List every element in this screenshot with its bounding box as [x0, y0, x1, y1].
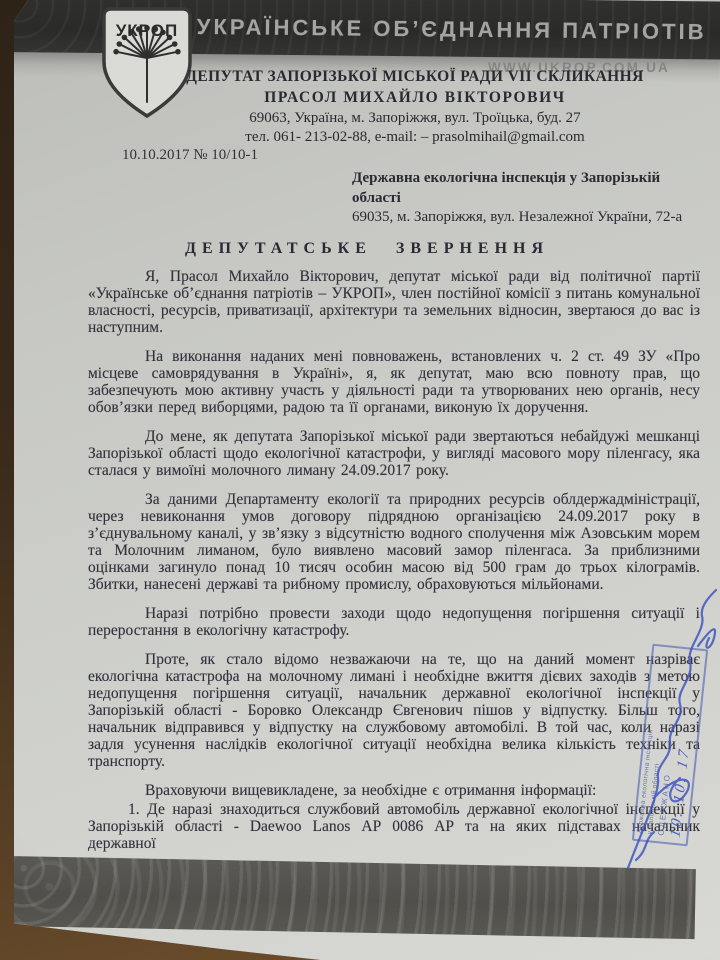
body-paragraph: Наразі потрібно провести заходи щодо нед… — [88, 605, 700, 639]
body-paragraph: Враховуючи вищевикладене, за необхідне є… — [88, 782, 700, 799]
body-paragraph: За даними Департаменту екології та приро… — [88, 491, 700, 593]
body-paragraph: Проте, як стало відомо незважаючи на те,… — [88, 651, 700, 770]
recipient-line: Державна екологічна інспекція у Запорізь… — [352, 169, 704, 189]
letterhead-block: ДЕПУТАТ ЗАПОРІЗЬКОЇ МІСЬКОЇ РАДИ VII СКЛ… — [150, 68, 680, 146]
deputy-name: ПРАСОЛ МИХАЙЛО ВІКТОРОВИЧ — [150, 89, 680, 107]
recipient-line: області — [352, 189, 704, 209]
document-title: ДЕПУТАТСЬКЕ ЗВЕРНЕННЯ — [14, 240, 720, 258]
footer-ornament-band — [9, 856, 696, 939]
logo-text: УКРОП — [95, 21, 199, 41]
letter-body: Я, Прасол Михайло Вікторович, депутат мі… — [88, 268, 700, 864]
recipient-block: Державна екологічна інспекція у Запорізь… — [352, 169, 704, 228]
reference-number: 10.10.2017 № 10/10-1 — [122, 147, 258, 164]
letter-page: УКРАЇНСЬКЕ ОБ’ЄДНАННЯ ПАТРІОТІВ — [14, 0, 720, 960]
recipient-address: 69035, м. Запоріжжя, вул. Незалежної Укр… — [352, 208, 704, 228]
deputy-title: ДЕПУТАТ ЗАПОРІЗЬКОЇ МІСЬКОЇ РАДИ VII СКЛ… — [150, 68, 680, 86]
photo-of-document: УКРАЇНСЬКЕ ОБ’ЄДНАННЯ ПАТРІОТІВ — [0, 0, 720, 960]
body-paragraph: Я, Прасол Михайло Вікторович, депутат мі… — [88, 268, 700, 336]
signature-handwriting — [614, 582, 720, 874]
body-paragraph: На виконання наданих мені повноважень, в… — [88, 348, 700, 416]
deputy-contacts: тел. 061- 213-02-88, e-mail: – prasolmih… — [150, 129, 680, 146]
numbered-item: 1. Де наразі знаходиться службовий автом… — [88, 801, 700, 852]
body-paragraph: До мене, як депутата Запорізької міської… — [88, 428, 700, 479]
deputy-address: 69063, Україна, м. Запоріжжя, вул. Троїц… — [150, 110, 680, 127]
